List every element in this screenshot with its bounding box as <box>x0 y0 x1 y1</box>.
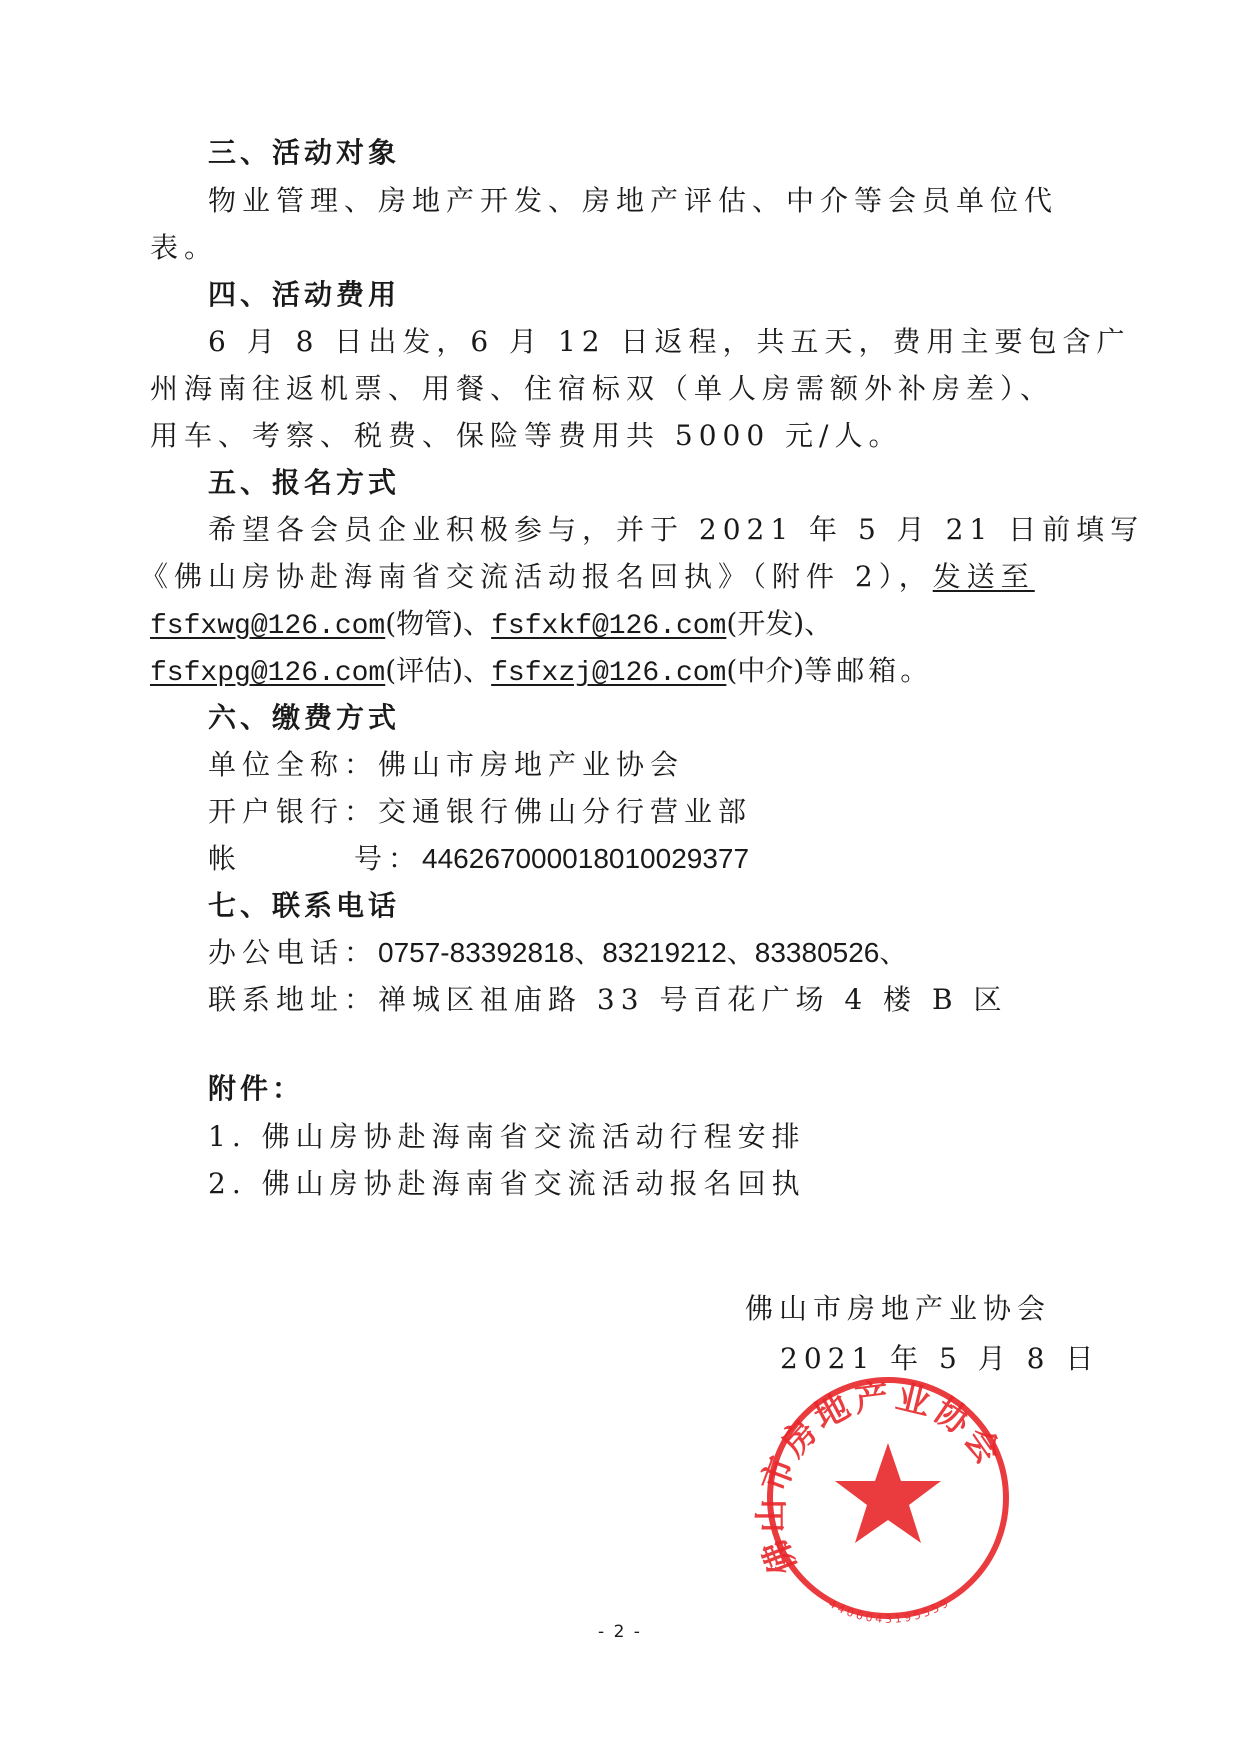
attachment-item: 2. 佛山房协赴海南省交流活动报名回执 <box>208 1167 806 1201</box>
phone-row: 办公电话：0757-83392818、83219212、83380526、 <box>208 936 907 970</box>
payee-name-row: 单位全称：佛山市房地产业协会 <box>208 748 684 782</box>
email-link-appraisal[interactable]: fsfxpg@126.com <box>150 658 385 689</box>
email-label: (评估) <box>385 654 463 687</box>
paragraph-line: 表。 <box>150 231 218 265</box>
paragraph-line: 州海南往返机票、用餐、住宿标双（单人房需额外补房差）、 <box>150 372 1054 406</box>
phone-value: 0757-83392818、83219212、83380526、 <box>378 937 907 968</box>
email-link-agency[interactable]: fsfxzj@126.com <box>491 658 726 689</box>
phone-label: 办公电话： <box>208 936 378 969</box>
separator: 、 <box>804 607 832 640</box>
send-to-text: 发送至 <box>933 560 1035 593</box>
section-heading-cost: 四、活动费用 <box>208 278 400 312</box>
account-label: 帐 <box>208 842 242 875</box>
email-label: (物管) <box>385 607 463 640</box>
separator: 、 <box>463 654 491 687</box>
attachment-item: 1. 佛山房协赴海南省交流活动行程安排 <box>208 1120 806 1154</box>
registration-form-reference: 《佛山房协赴海南省交流活动报名回执》（附件 2）， <box>140 560 933 593</box>
attachments-title: 附件： <box>208 1072 304 1106</box>
email-link-property-mgmt[interactable]: fsfxwg@126.com <box>150 611 385 642</box>
email-line: fsfxpg@126.com(评估)、fsfxzj@126.com(中介)等邮箱… <box>150 654 932 691</box>
bank-row: 开户银行：交通银行佛山分行营业部 <box>208 795 752 829</box>
address-row: 联系地址：禅城区祖庙路 33 号百花广场 4 楼 B 区 <box>208 983 1007 1017</box>
email-line: fsfxwg@126.com(物管)、fsfxkf@126.com(开发)、 <box>150 607 832 644</box>
paragraph-line: 希望各会员企业积极参与，并于 2021 年 5 月 21 日前填写 <box>208 513 1144 547</box>
section-heading-target-audience: 三、活动对象 <box>208 136 400 170</box>
account-row: 帐号：446267000018010029377 <box>208 842 749 876</box>
signature-date: 2021 年 5 月 8 日 <box>780 1342 1099 1376</box>
email-link-development[interactable]: fsfxkf@126.com <box>491 611 726 642</box>
address-label: 联系地址： <box>208 983 378 1016</box>
account-label-suffix: 号： <box>354 842 422 875</box>
bank-label: 开户银行： <box>208 795 378 828</box>
account-number: 446267000018010029377 <box>422 843 749 874</box>
section-heading-registration: 五、报名方式 <box>208 466 400 500</box>
paragraph-line: 《佛山房协赴海南省交流活动报名回执》（附件 2），发送至 <box>140 560 1035 594</box>
section-heading-payment: 六、缴费方式 <box>208 701 400 735</box>
paragraph-line: 6 月 8 日出发，6 月 12 日返程，共五天，费用主要包含广 <box>208 325 1130 359</box>
star-icon <box>835 1443 941 1543</box>
bank-value: 交通银行佛山分行营业部 <box>378 795 752 828</box>
email-suffix: 等邮箱。 <box>804 654 932 687</box>
address-value: 禅城区祖庙路 33 号百花广场 4 楼 B 区 <box>378 983 1007 1016</box>
paragraph-line: 用车、考察、税费、保险等费用共 5000 元/人。 <box>150 419 903 453</box>
payee-value: 佛山市房地产业协会 <box>378 748 684 781</box>
official-seal-stamp: 佛山市房地产业协会 4406043195559 <box>738 1368 1038 1638</box>
section-heading-contact: 七、联系电话 <box>208 889 400 923</box>
email-label: (中介) <box>726 654 804 687</box>
signature-org: 佛山市房地产业协会 <box>745 1292 1051 1326</box>
separator: 、 <box>463 607 491 640</box>
email-label: (开发) <box>726 607 804 640</box>
payee-label: 单位全称： <box>208 748 378 781</box>
page-number: - 2 - <box>0 1622 1240 1642</box>
paragraph-line: 物业管理、房地产开发、房地产评估、中介等会员单位代 <box>208 184 1058 218</box>
